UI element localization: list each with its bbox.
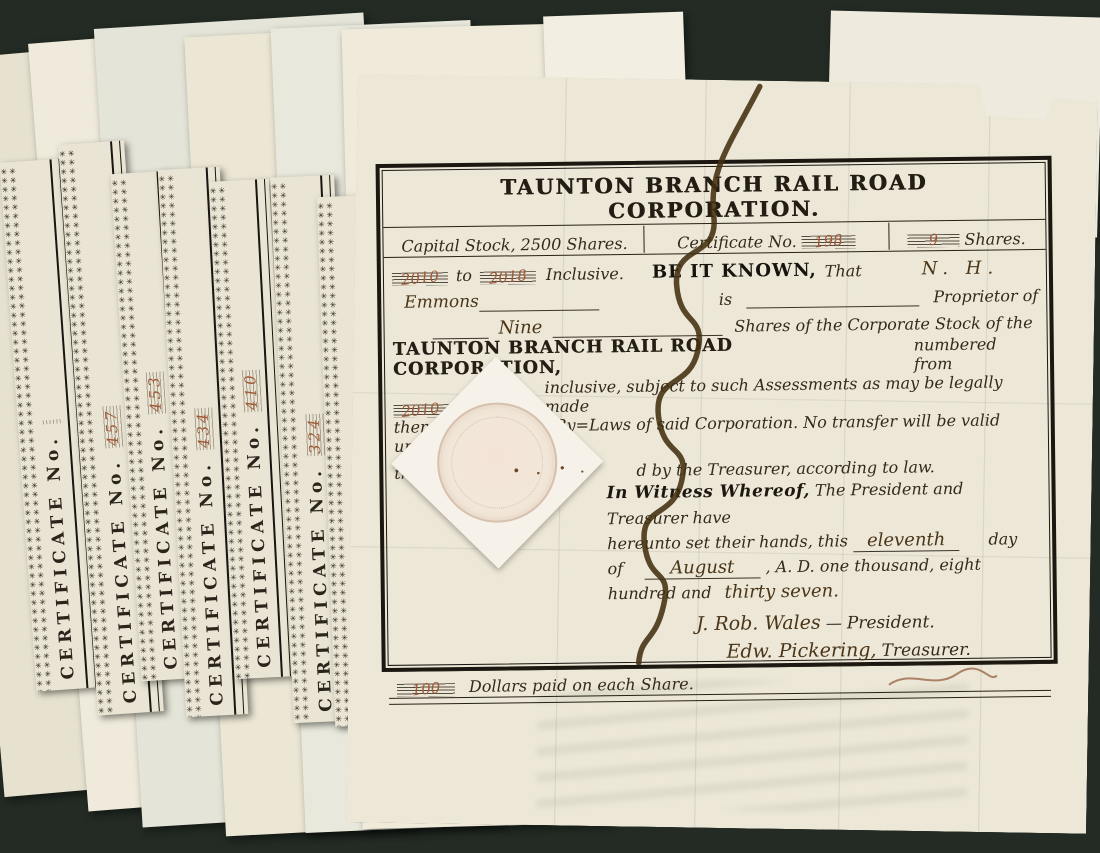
witness-line3a: of (607, 559, 623, 578)
divider (888, 223, 889, 250)
shares-written: Nine (488, 317, 552, 339)
range-to-field: 2018 (480, 271, 536, 285)
treasurer-signature: Edw. Pickering, (726, 639, 876, 663)
ink-stains (504, 460, 594, 479)
witness-block: In Witness Whereof, The President and Tr… (606, 475, 1042, 606)
to-word: to (456, 266, 472, 285)
body-range-from: 2010 (401, 399, 441, 421)
blank-line (433, 323, 489, 340)
treasurer-signature-row: Edw. Pickering, Treasurer. (726, 637, 1042, 663)
proprietor-label: Proprietor of (933, 286, 1038, 306)
day-written: eleventh (853, 529, 960, 552)
president-signature-row: J. Rob. Wales — President. (696, 609, 1042, 635)
numbered-from: numbered from (914, 334, 1040, 374)
stub-number: 410 (240, 370, 262, 413)
blank-line (746, 290, 919, 308)
company-name: TAUNTON BRANCH RAIL ROAD CORPORATION, (393, 334, 904, 380)
stub-number: 453 (144, 372, 167, 415)
witness-line2b: day (988, 529, 1017, 548)
certificate-no-value: 198 (814, 230, 844, 251)
stub-number: 324 (304, 414, 326, 456)
range-to-value: 2018 (488, 266, 528, 288)
owner-initials: N. H. (922, 257, 1000, 279)
inclusive-label: Inclusive. (546, 264, 624, 284)
stub-number: 434 (192, 408, 214, 451)
treasurer-label: Treasurer. (881, 640, 970, 661)
shares-of-text: Shares of the Corporate Stock of the (734, 313, 1033, 336)
that-word: That (825, 261, 862, 280)
certificate-no-label: Certificate No. (677, 232, 797, 252)
photo-scene: ✳✳✳✳✳✳✳✳✳✳✳✳✳✳✳✳✳✳✳✳✳✳✳✳✳✳✳✳✳✳✳✳✳✳✳✳✳✳✳✳… (0, 0, 1100, 853)
certificate-title: TAUNTON BRANCH RAIL ROAD CORPORATION. (391, 166, 1038, 226)
divider (643, 226, 644, 253)
blank-line (479, 294, 599, 311)
month-written: August (644, 556, 760, 579)
witness-lead: In Witness Whereof, (606, 481, 810, 503)
stock-certificate: TAUNTON BRANCH RAIL ROAD CORPORATION. Ca… (346, 74, 1098, 834)
shares-label: Shares. (964, 229, 1025, 249)
witness-line2a: hereunto set their hands, this (607, 531, 848, 553)
ink-flourish (883, 665, 1003, 690)
stub-number (41, 419, 61, 424)
shares-field: 9 (907, 234, 959, 248)
signature-dash: — (826, 613, 842, 632)
range-from-field: 2010 (392, 272, 448, 286)
shares-value: 9 (928, 230, 939, 249)
body-line2: inclusive, subject to such Assessments a… (544, 372, 1039, 416)
paid-field: 100 (397, 683, 455, 697)
capital-stock: Capital Stock, 2500 Shares. (391, 234, 637, 256)
year-written: thirty seven. (724, 580, 839, 602)
paid-label: Dollars paid on each Share. (469, 674, 694, 696)
range-from-value: 2010 (400, 267, 440, 289)
certificate-no-field: 198 (802, 235, 856, 249)
be-it-known: BE IT KNOWN, (652, 260, 817, 283)
witness-line3b: , A. D. one thousand, eight (765, 555, 981, 577)
certificate-frame: TAUNTON BRANCH RAIL ROAD CORPORATION. Ca… (376, 156, 1058, 672)
paid-value: 100 (411, 678, 441, 699)
president-signature: J. Rob. Wales (696, 612, 821, 636)
owner-surname: Emmons (404, 292, 479, 313)
is-word: is (719, 290, 733, 309)
stub-number: 457 (101, 406, 124, 449)
president-label: President. (847, 612, 935, 633)
certificate-body: TAUNTON BRANCH RAIL ROAD CORPORATION. Ca… (382, 162, 1052, 666)
witness-line4a: hundred and (608, 583, 712, 603)
